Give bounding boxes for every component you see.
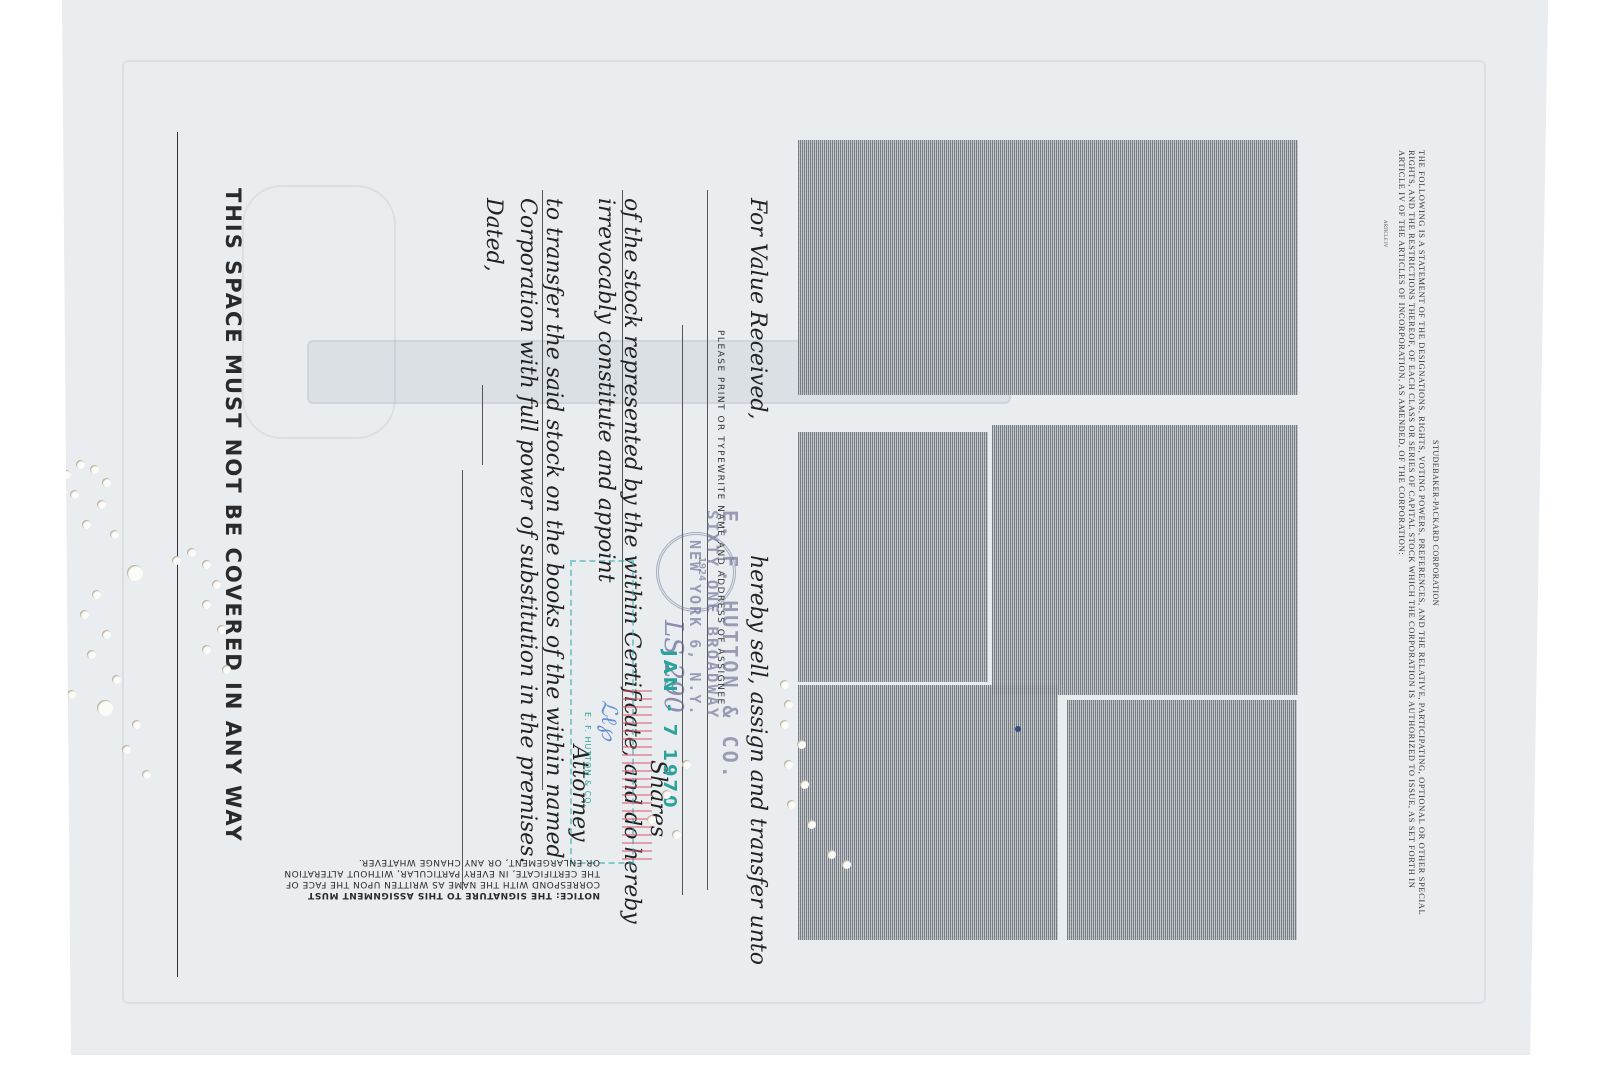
article-label: ARTICLE IV xyxy=(1382,220,1387,247)
handwritten-signature: ℒℓ℘ xyxy=(596,700,622,740)
for-value-received-text: For Value Received, xyxy=(745,198,770,420)
ink-speck xyxy=(1015,726,1021,732)
left-divider-line xyxy=(177,132,178,977)
transfer-stock-text: to transfer the said stock on the books … xyxy=(541,198,566,859)
corporation-name: STUDEBAKER-PACKARD CORPORATION xyxy=(1431,440,1440,606)
dated-label: Dated, xyxy=(481,198,506,272)
red-signature-hatching xyxy=(622,690,652,860)
date-stamp: JAN - 7 1970 xyxy=(659,650,680,811)
corporation-power-text: Corporation with full power of substitut… xyxy=(515,198,540,864)
broker-address-stamp-1: SIXTY ONE BROADWAY xyxy=(703,510,722,719)
certificate-paper: THIS SPACE MUST NOT BE COVERED IN ANY WA… xyxy=(62,0,1548,1055)
space-not-covered-notice: THIS SPACE MUST NOT BE COVERED IN ANY WA… xyxy=(221,188,245,843)
sell-assign-transfer-text: hereby sell, assign and transfer unto xyxy=(745,555,770,965)
signature-notice: NOTICE: THE SIGNATURE TO THIS ASSIGNMENT… xyxy=(284,856,600,900)
irrevocably-appoint-text: irrevocably constitute and appoint xyxy=(593,198,618,582)
broker-address-stamp-2: NEW YORK 6, N.Y. xyxy=(686,540,704,717)
dated-line xyxy=(482,385,483,465)
signature-line xyxy=(462,470,463,890)
statement-header: THE FOLLOWING IS A STATEMENT OF THE DESI… xyxy=(1397,150,1427,930)
